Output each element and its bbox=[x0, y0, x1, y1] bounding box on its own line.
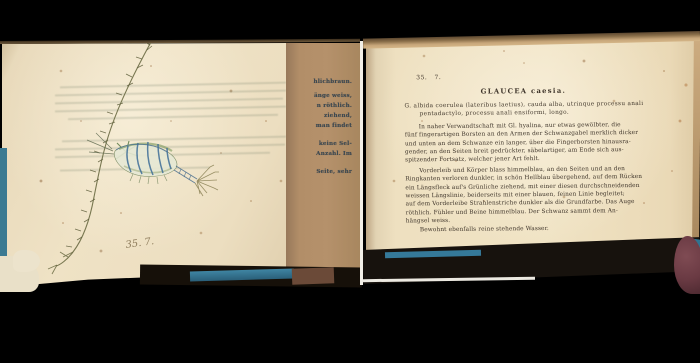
copepod-antennae bbox=[87, 133, 114, 154]
body-text-line: röthlich. Fühler und Beine himmelblau. D… bbox=[406, 208, 618, 217]
photo-seam-divider bbox=[360, 41, 363, 285]
foxing-spots-right bbox=[363, 0, 365, 2]
latin-diagnosis-line: G. albida coerulea (lateribus laetius), … bbox=[405, 101, 644, 111]
holding-fingers bbox=[13, 250, 40, 272]
figure-label: 35. 7. bbox=[125, 236, 155, 251]
holding-thumb bbox=[674, 236, 700, 294]
latin-diagnosis-line: pentadactylo, processu anali ensiformi, … bbox=[420, 110, 569, 119]
copepod-tail bbox=[174, 166, 197, 183]
page-number-header: 35. 7. bbox=[416, 74, 441, 81]
body-text-line: spitzender Fortsatz, welcher jener Art f… bbox=[405, 156, 540, 164]
plant-stem-branches bbox=[48, 252, 73, 274]
left-photo-plate-page: hlichbraun. änge weiss, n röthlich. zieh… bbox=[0, 0, 360, 363]
interleaf-foot-shadow bbox=[292, 267, 335, 284]
book-cover-edge-left bbox=[0, 148, 7, 262]
body-text-line: hängsel weiss. bbox=[406, 218, 451, 225]
right-photo-text-page: 35. 7. GLAUCEA caesia. G. albida coerule… bbox=[363, 0, 700, 363]
body-text-line: Bewohnt ebenfalls reine stehende Wasser. bbox=[420, 225, 549, 233]
copepod-tail-bristles bbox=[195, 165, 219, 196]
printed-text-block: 35. 7. GLAUCEA caesia. G. albida coerule… bbox=[403, 0, 696, 260]
specimen-illustration: 35. 7. bbox=[0, 0, 360, 363]
species-title: GLAUCEA caesia. bbox=[404, 87, 642, 96]
body-text-line: gender, an den Seiten breit gedrückter, … bbox=[405, 147, 624, 156]
